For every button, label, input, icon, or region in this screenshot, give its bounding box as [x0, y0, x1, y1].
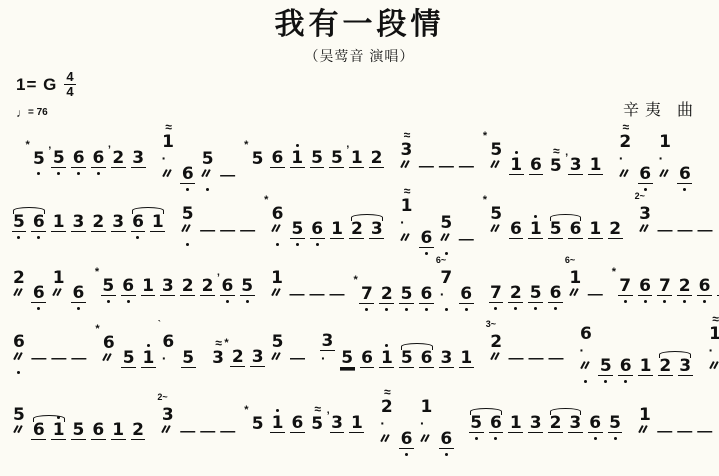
note-digit: 2	[91, 214, 106, 232]
note-digit: 5	[310, 416, 325, 433]
note: ≈3	[399, 131, 414, 184]
note-digit: 1	[51, 422, 66, 440]
note: 1	[528, 210, 543, 248]
octave-dot-below	[57, 172, 60, 175]
note: 1	[588, 146, 603, 184]
sustain-dash: —	[657, 223, 672, 238]
octave-dot-above	[147, 344, 150, 347]
note: 1	[637, 396, 652, 449]
vibrato-icon	[421, 434, 429, 442]
grace-star-icon: *	[264, 195, 268, 206]
measure: 1———	[635, 396, 715, 449]
note-digit: 2	[658, 358, 673, 376]
note-digit: 1	[51, 270, 66, 287]
note: 2	[349, 210, 364, 248]
note-digit: 1	[290, 150, 305, 168]
trill-icon: ≈	[384, 386, 390, 398]
note: 5	[399, 275, 414, 313]
octave-dot-above	[385, 344, 388, 347]
note-digit: 5	[528, 285, 543, 303]
note-digit: 6	[399, 431, 414, 449]
note-digit: 5	[399, 286, 414, 304]
note: 5	[12, 203, 27, 241]
octave-dot-below	[425, 252, 428, 255]
note: 6	[270, 139, 285, 177]
octave-dot-below	[703, 300, 706, 303]
octave-dot-below	[663, 300, 666, 303]
measure: 72566~1—	[486, 259, 605, 312]
octave-dot-below	[136, 236, 139, 239]
grace-star-icon: *	[483, 131, 487, 142]
grace-star-icon: *	[244, 405, 248, 416]
note: ≈1·	[161, 123, 176, 193]
note: 6	[360, 339, 375, 377]
measure: *76726535	[615, 267, 719, 305]
octave-dot-below	[97, 172, 100, 175]
note: 1	[270, 259, 285, 312]
note: —	[459, 221, 474, 257]
note: 1	[638, 347, 653, 385]
sustain-dash: —	[588, 287, 603, 302]
note-digit: 3	[250, 349, 265, 367]
octave-dot-below	[385, 308, 388, 311]
slur-group: 61	[128, 203, 168, 241]
note: 6	[439, 420, 454, 458]
octave-dot-below	[514, 307, 517, 310]
note: 3	[678, 347, 693, 385]
note: 1	[508, 404, 523, 442]
sustain-dash: —	[200, 223, 215, 238]
performer-subtitle: （吴莺音 演唱）	[0, 46, 719, 66]
note: 2	[658, 347, 673, 385]
trill-icon: ≈	[404, 129, 410, 141]
note: 1	[290, 139, 305, 177]
note-digit: 6	[180, 166, 195, 184]
note: ≈1·	[399, 187, 414, 257]
vibrato-icon	[620, 169, 628, 177]
note: —	[657, 413, 672, 449]
sustain-dash: —	[509, 351, 524, 366]
note-digit: 5	[51, 150, 66, 168]
grace-star-icon: *	[26, 140, 30, 151]
note: 3	[568, 146, 583, 184]
note-digit: 6	[638, 278, 653, 296]
grace-note-ornament: 2~	[635, 192, 645, 201]
measure: ≈1·65—	[705, 315, 719, 385]
octave-dot-below	[246, 300, 249, 303]
note: —	[588, 276, 603, 312]
note-digit: 1	[528, 221, 543, 239]
note-digit: 2	[608, 221, 623, 239]
note: 3	[71, 203, 86, 241]
note-digit: 6	[121, 278, 136, 296]
note: 1	[150, 203, 165, 241]
note: 6~1	[568, 259, 583, 312]
note: 5	[180, 195, 195, 248]
augmentation-dot: ·	[321, 350, 326, 366]
trill-icon: ≈	[623, 121, 629, 133]
note: 6·	[579, 315, 594, 385]
note: 5	[439, 204, 454, 257]
sustain-dash: —	[220, 168, 235, 183]
note: —	[240, 212, 255, 248]
note: 1	[459, 339, 474, 377]
octave-dot-below	[405, 308, 408, 311]
octave-dot-below	[594, 437, 597, 440]
note: 6	[419, 339, 434, 377]
note: 6	[618, 347, 633, 385]
grace-star-icon: *	[244, 140, 248, 151]
note-digit: 5	[548, 221, 563, 239]
note-digit: 6	[91, 150, 106, 168]
octave-dot-below	[316, 243, 319, 246]
note: 6	[459, 275, 474, 313]
sustain-dash: —	[240, 223, 255, 238]
slur-group: 56	[546, 210, 586, 248]
note-digit: 6	[439, 431, 454, 449]
note: 7	[657, 267, 672, 305]
note: ≈2·	[379, 388, 394, 458]
note-digit: 1	[270, 415, 285, 433]
note: 1	[51, 203, 66, 241]
grace-star-icon: *	[483, 195, 487, 206]
note-digit: 5	[181, 350, 196, 368]
note: 5	[51, 139, 66, 177]
vibrato-icon	[491, 352, 499, 360]
note: ≈5’	[310, 405, 325, 442]
measure: ≈1·65—	[158, 123, 238, 193]
augmentation-dot: ·	[162, 150, 167, 166]
note: 1	[111, 411, 126, 449]
octave-dot-below	[37, 236, 40, 239]
note-digit: 3	[369, 221, 384, 239]
octave-dot-below	[445, 453, 448, 456]
vibrato-icon	[163, 169, 171, 177]
vibrato-icon	[581, 361, 589, 369]
trill-icon: ≈	[553, 145, 559, 157]
time-signature: 4 4	[64, 70, 75, 98]
note-digit: 6	[31, 422, 46, 440]
note: —	[459, 148, 474, 184]
note: —	[200, 413, 215, 449]
note-digit: 5	[469, 415, 484, 433]
note: 3	[250, 338, 265, 376]
note: 1	[51, 411, 66, 449]
measure: 6·56123	[576, 315, 695, 385]
sustain-dash: —	[657, 424, 672, 439]
sustain-dash: —	[289, 287, 304, 302]
note-digit: 2	[618, 134, 633, 151]
measure: ≈3*235—	[208, 323, 307, 376]
note-digit: 2	[131, 422, 146, 440]
octave-dot-below	[465, 308, 468, 311]
measure: *651`6·5	[99, 323, 198, 377]
grace-star-icon: *	[353, 275, 357, 286]
note: —	[290, 340, 305, 376]
note-digit: 3	[528, 415, 543, 433]
note-digit: 3	[330, 415, 345, 433]
note: —	[439, 148, 454, 184]
note-digit: 6	[270, 206, 285, 223]
note: —	[309, 276, 324, 312]
note: 2	[12, 259, 27, 312]
note-digit: 6	[618, 358, 633, 376]
note-digit: 3	[638, 206, 653, 223]
composer-credit: 辛夷 曲	[623, 97, 705, 120]
grace-note-ornament: 2~	[157, 393, 167, 402]
note: 3	[131, 139, 146, 177]
note: —	[289, 276, 304, 312]
note-digit: 1	[150, 214, 165, 232]
note-digit: 1	[161, 134, 176, 151]
sustain-dash: —	[220, 424, 235, 439]
notation-line: 561323615———*656123≈1·65—*56156122~3———*…	[0, 190, 719, 254]
slur-group: 56	[466, 404, 506, 442]
note-digit: 1	[141, 278, 156, 296]
note-digit: 5	[200, 151, 215, 168]
note-digit: 2	[508, 285, 523, 303]
sustain-dash: —	[677, 223, 692, 238]
grace-note-ornament: 3~	[486, 320, 496, 329]
note: 5	[71, 411, 86, 449]
note: *5	[489, 195, 504, 248]
note: —	[71, 340, 86, 376]
vibrato-icon	[640, 224, 648, 232]
sheet-music-page: 我有一段情 （吴莺音 演唱） 1= G 4 4 ♩= 76 辛夷 曲 *5’56…	[0, 0, 719, 476]
sustain-dash: —	[71, 351, 86, 366]
measure: 3~2———	[486, 323, 566, 376]
note: —	[180, 413, 195, 449]
note: 2	[131, 411, 146, 449]
vibrato-icon	[14, 425, 22, 433]
vibrato-icon	[401, 233, 409, 241]
grace-star-icon: *	[95, 267, 99, 278]
note-digit: 5	[32, 151, 47, 168]
octave-dot-below	[445, 308, 448, 311]
note: —	[509, 340, 524, 376]
measure: 2~3———	[158, 396, 238, 449]
octave-dot-below	[614, 437, 617, 440]
note: 2	[677, 267, 692, 305]
octave-dot-below	[644, 300, 647, 303]
note-digit: 5	[71, 422, 86, 440]
sustain-dash: —	[200, 424, 215, 439]
note-digit: 3	[111, 214, 126, 232]
note-digit: 5	[598, 358, 613, 376]
note-digit: 7	[359, 286, 374, 304]
score-meta: 1= G 4 4 ♩= 76 辛夷 曲	[0, 66, 719, 120]
note: —	[677, 413, 692, 449]
note: *5	[250, 140, 265, 177]
octave-dot-below	[226, 300, 229, 303]
augmentation-dot: ·	[400, 214, 405, 230]
measure: 56132365	[466, 404, 625, 442]
note: *5	[250, 405, 265, 442]
note: ≈2·	[618, 123, 633, 193]
note-digit: 2	[379, 399, 394, 416]
octave-dot-below	[494, 307, 497, 310]
note-digit: 6	[419, 286, 434, 304]
octave-dot-below	[107, 300, 110, 303]
note: 1	[51, 259, 66, 312]
note: 3~2	[489, 323, 504, 376]
measure: *72566~7·6	[357, 259, 476, 313]
note-digit: 5	[310, 150, 325, 168]
note-digit: 1	[379, 350, 394, 368]
slur-group: 23	[347, 210, 387, 248]
octave-dot-below	[77, 172, 80, 175]
note-digit: 6	[419, 350, 434, 368]
note: 5	[240, 267, 255, 305]
measure: *516≈5’31	[248, 404, 367, 442]
note: 6	[548, 274, 563, 312]
note-digit: 5	[329, 150, 344, 168]
vibrato-icon	[660, 169, 668, 177]
note: 5	[181, 339, 196, 377]
vibrato-icon	[14, 352, 22, 360]
octave-dot-below	[475, 437, 478, 440]
note: 5	[270, 323, 285, 376]
measure: *516≈5’31	[486, 131, 605, 184]
note: 3	[111, 203, 126, 241]
note-digit: 2	[677, 278, 692, 296]
sustain-dash: —	[329, 287, 344, 302]
note: 2	[508, 274, 523, 312]
sustain-dash: —	[697, 424, 712, 439]
note-digit: 1	[111, 422, 126, 440]
note-digit: 5	[12, 407, 27, 424]
note: —	[329, 276, 344, 312]
note-digit: 6	[588, 415, 603, 433]
measure: 2616	[9, 259, 88, 312]
notation-score: *5’566’23≈1·65—*56155’12≈3———*516≈5’31≈2…	[0, 120, 719, 455]
note-digit: 5	[270, 334, 285, 351]
note: 2~3	[160, 396, 175, 449]
song-title: 我有一段情	[0, 0, 719, 43]
note: —	[697, 212, 712, 248]
sustain-dash: —	[309, 287, 324, 302]
time-signature-top: 4	[64, 70, 75, 85]
note-digit: 6	[31, 285, 46, 303]
note-digit: 5	[121, 350, 136, 368]
note-digit: 5	[340, 350, 355, 368]
measure: ≈2·61·6	[615, 123, 694, 193]
vibrato-icon	[570, 288, 578, 296]
sustain-dash: —	[31, 351, 46, 366]
vibrato-icon	[401, 160, 409, 168]
note: *7	[618, 267, 633, 305]
note-digit: 6	[270, 150, 285, 168]
octave-dot-above	[276, 409, 279, 412]
note: —	[419, 148, 434, 184]
measure: 5615612	[9, 396, 148, 449]
note-digit: 5	[101, 278, 116, 296]
note-digit: 6	[31, 214, 46, 232]
augmentation-dot: ·	[659, 150, 664, 166]
note: 1	[349, 139, 364, 177]
note-digit: 6	[568, 221, 583, 239]
note-digit: 6	[459, 286, 474, 304]
trill-icon: ≈	[215, 337, 221, 349]
vibrato-icon	[53, 288, 61, 296]
note-digit: 5	[290, 221, 305, 239]
octave-dot-below	[683, 188, 686, 191]
note: `6·	[161, 323, 176, 377]
note: 6	[12, 323, 27, 376]
notation-line: *5’566’23≈1·65—*56155’12≈3———*516≈5’31≈2…	[0, 126, 719, 190]
note: 6	[91, 411, 106, 449]
octave-dot-above	[515, 151, 518, 154]
note-digit: 2	[12, 270, 27, 287]
sustain-dash: —	[459, 159, 474, 174]
note-digit: 2	[548, 415, 563, 433]
note-digit: 2	[200, 278, 215, 296]
note-digit: 6	[579, 326, 594, 343]
note: 1	[141, 339, 156, 377]
octave-dot-below	[17, 371, 20, 374]
note: 6	[131, 203, 146, 241]
octave-dot-below	[37, 172, 40, 175]
octave-dot-below	[624, 380, 627, 383]
octave-dot-below	[683, 300, 686, 303]
notation-line: 2616*561322’651———*72566~7·672566~1—*767…	[0, 254, 719, 318]
note: 2	[608, 210, 623, 248]
note-digit: 1	[568, 270, 583, 287]
note-digit: 3	[568, 157, 583, 175]
note-digit: 6	[489, 415, 504, 433]
octave-dot-below	[17, 236, 20, 239]
sustain-dash: —	[529, 351, 544, 366]
note: 3	[369, 210, 384, 248]
note-digit: 5	[608, 415, 623, 433]
octave-dot-below	[127, 300, 130, 303]
note: 6	[489, 404, 504, 442]
note-digit: 5	[240, 278, 255, 296]
note: 5	[310, 139, 325, 177]
note: 6	[419, 219, 434, 257]
octave-dot-below	[186, 188, 189, 191]
note: 6	[419, 275, 434, 313]
note-digit: 3	[678, 358, 693, 376]
note-digit: 1	[509, 157, 524, 175]
note-digit: 3	[568, 415, 583, 433]
note: —	[200, 212, 215, 248]
grace-star-icon: *	[95, 324, 99, 335]
note-digit: 1	[638, 358, 653, 376]
measure: *561322’65	[98, 267, 257, 305]
note-digit: 6	[697, 278, 712, 296]
note-digit: 1	[658, 134, 673, 151]
measure: ≈1·65—	[397, 187, 477, 257]
note-digit: 1	[459, 350, 474, 368]
note-digit: 1	[637, 407, 652, 424]
note: —	[657, 212, 672, 248]
note: *6	[101, 324, 116, 377]
note-digit: 7	[439, 270, 454, 287]
note: —	[31, 340, 46, 376]
quarter-note-icon: ♩	[16, 106, 28, 120]
note: 6	[290, 404, 305, 442]
note-digit: 5	[489, 206, 504, 223]
vibrato-icon	[272, 288, 280, 296]
sustain-dash: —	[419, 159, 434, 174]
measure: *56155’12	[248, 139, 387, 177]
augmentation-dot: ·	[580, 342, 585, 358]
note: 1·	[658, 123, 673, 193]
note: *7	[359, 275, 374, 313]
note: 6	[638, 267, 653, 305]
note: 6	[509, 210, 524, 248]
